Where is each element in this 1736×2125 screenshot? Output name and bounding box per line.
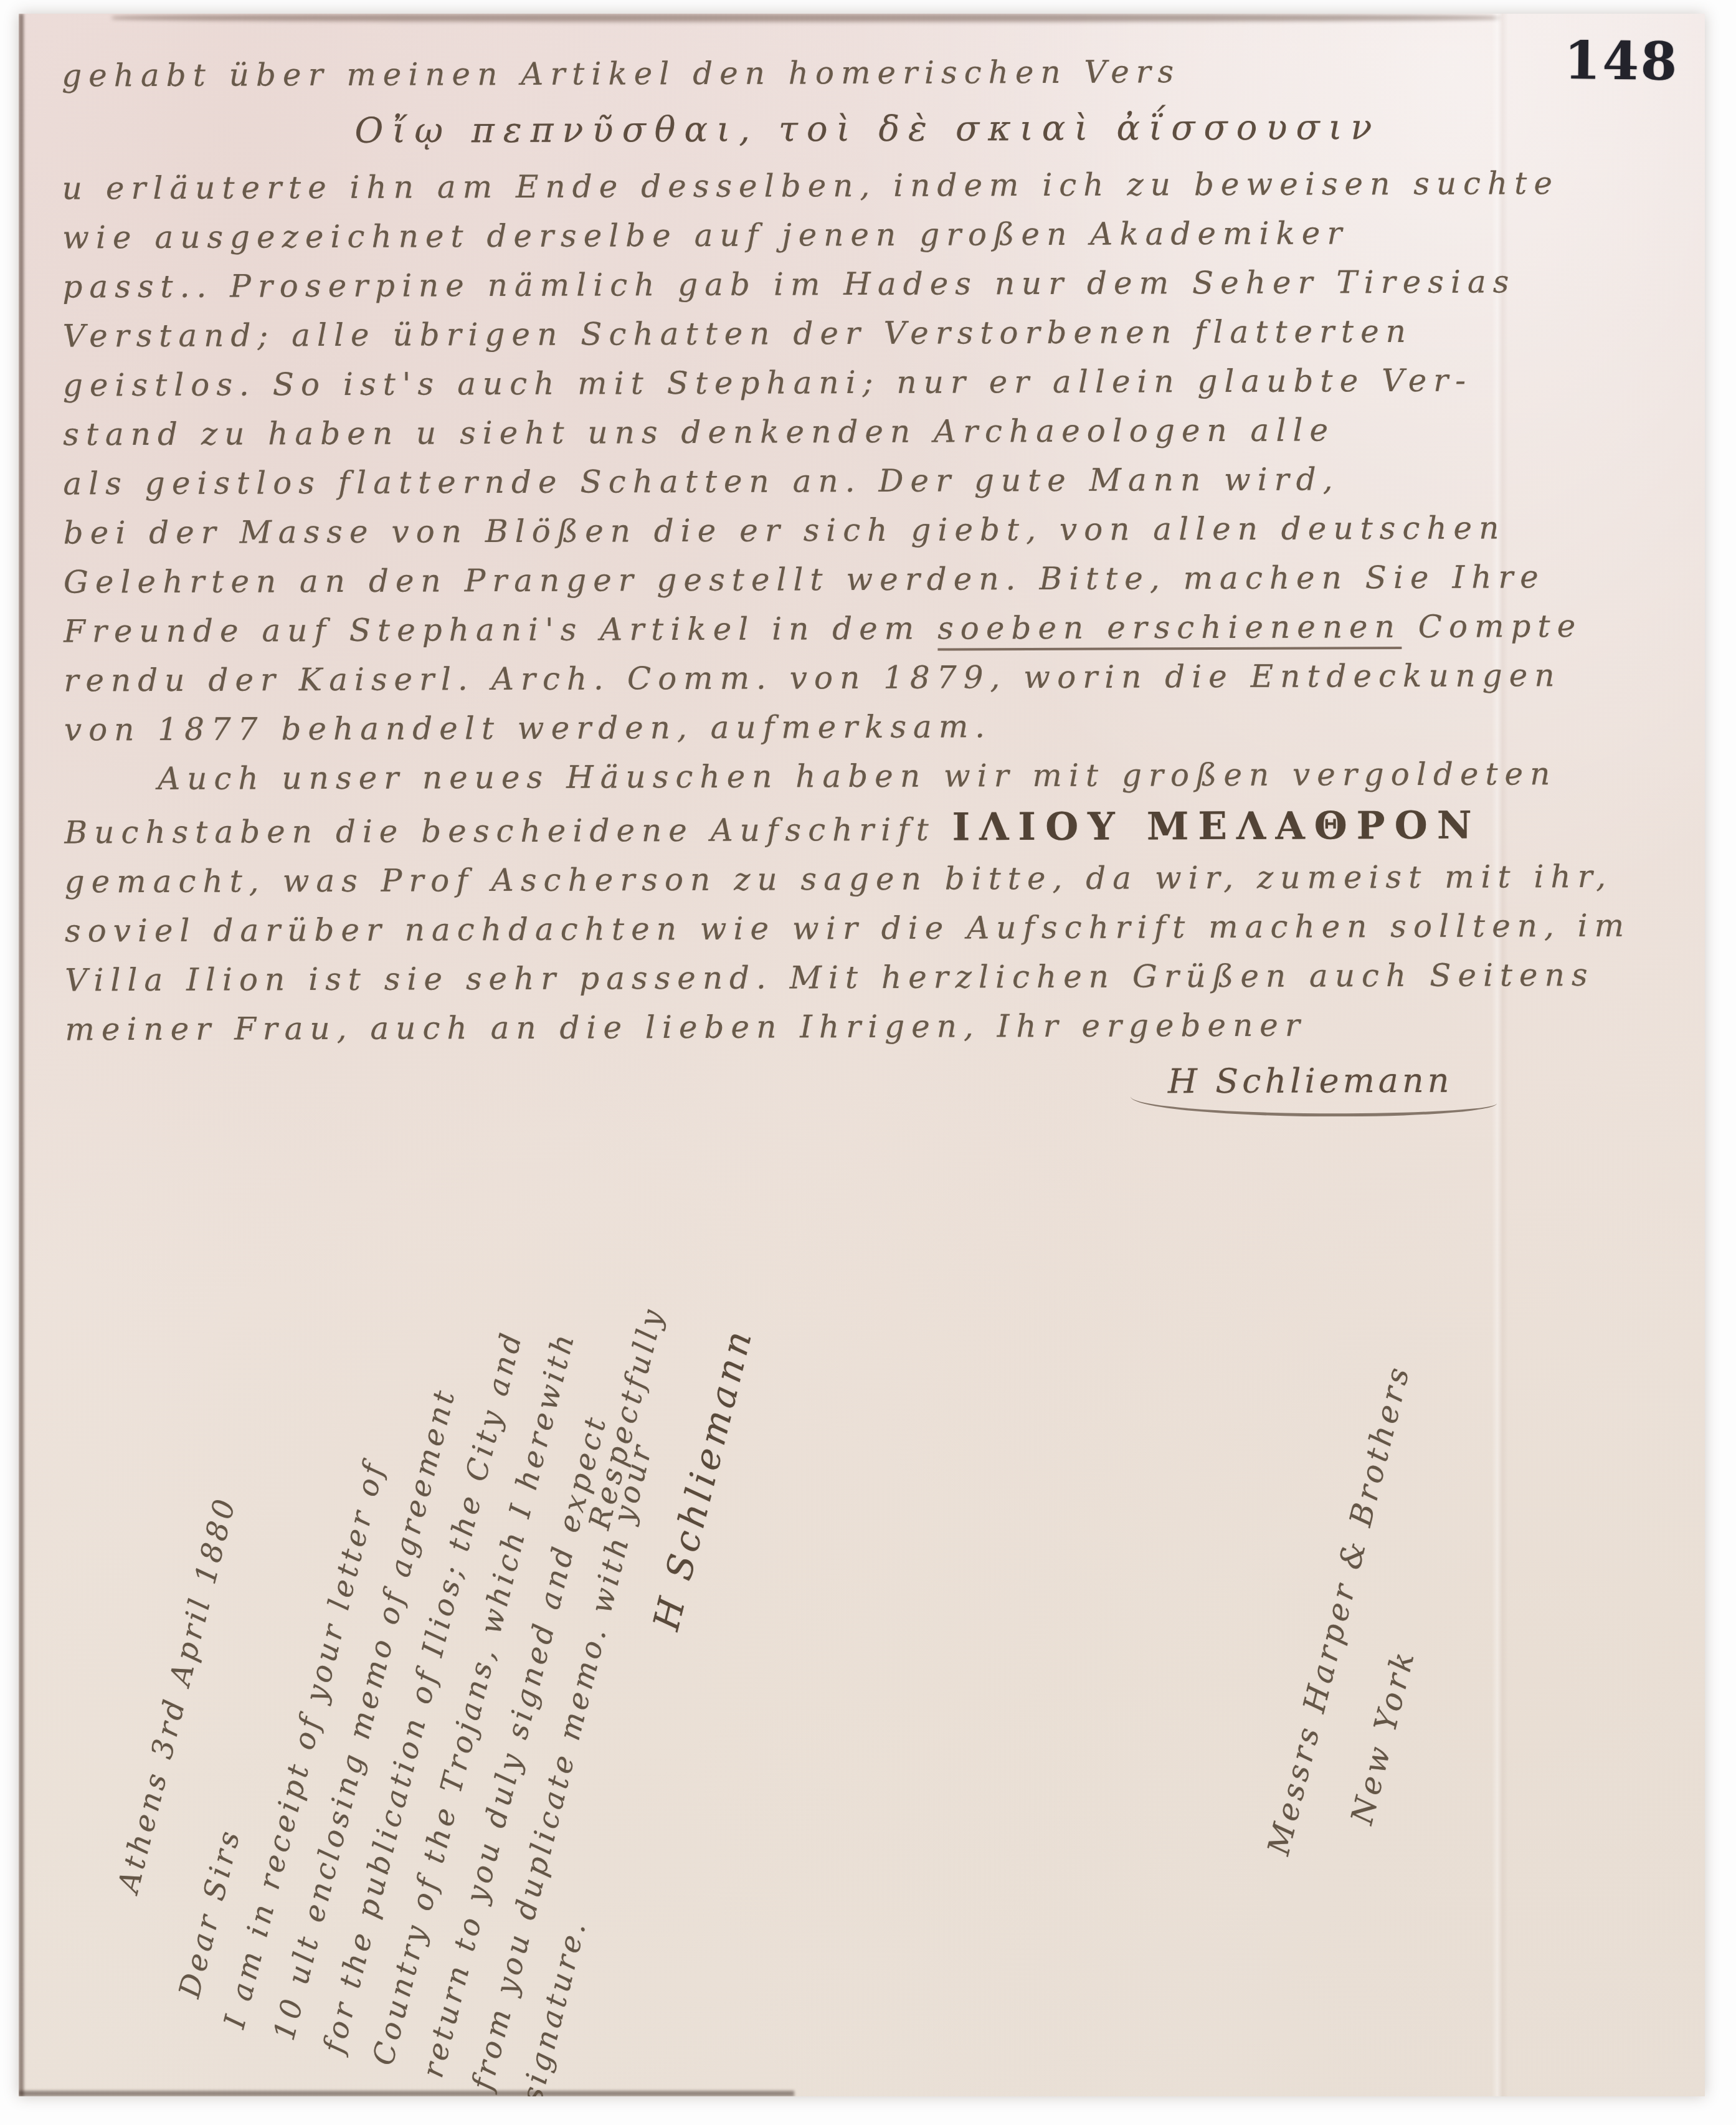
- greek-verse-line: Οἴῳ πεπνῦσθαι, τοὶ δὲ σκιαὶ ἀΐσσουσιν: [62, 95, 1656, 164]
- iliou-melathron-inscription: ΙΛΙΟΥ ΜΕΛΑΘΡΟΝ: [952, 804, 1481, 850]
- line-text: Freunde auf Stephani's Artikel in dem: [64, 611, 937, 650]
- paper-left-edge: [19, 14, 24, 2096]
- manuscript-line: als geistlos flatternde Schatten an. Der…: [63, 454, 1658, 509]
- recipient-address: Messrs Harper & Brothers New York: [1243, 1356, 1507, 1881]
- manuscript-line-with-underline: Freunde auf Stephani's Artikel in dem so…: [64, 602, 1658, 657]
- manuscript-line: rendu der Kaiserl. Arch. Comm. von 1879,…: [64, 651, 1658, 706]
- scanned-page: 148 gehabt über meinen Artikel den homer…: [19, 14, 1705, 2096]
- line-text: Compte: [1402, 608, 1583, 645]
- manuscript-line: soviel darüber nachdachten wie wir die A…: [65, 901, 1659, 956]
- paper-bottom-edge-shadow: [19, 2091, 794, 2096]
- paper-top-edge-shadow: [112, 14, 1499, 22]
- line-text: Buchstaben die bescheidene Aufschrift: [64, 811, 952, 850]
- manuscript-line: gemacht, was Prof Ascherson zu sagen bit…: [65, 852, 1659, 907]
- manuscript-line: passt.. Proserpine nämlich gab im Hades …: [62, 257, 1657, 312]
- manuscript-line: gehabt über meinen Artikel den homerisch…: [62, 46, 1656, 101]
- german-letter: gehabt über meinen Artikel den homerisch…: [62, 46, 1660, 1111]
- manuscript-line: Villa Ilion ist sie sehr passend. Mit he…: [65, 951, 1659, 1005]
- scan-canvas: { "page": { "number": "148", "paper_colo…: [0, 0, 1736, 2125]
- manuscript-line: Verstand; alle übrigen Schatten der Vers…: [62, 307, 1657, 361]
- manuscript-line: geistlos. So ist's auch mit Stephani; nu…: [63, 356, 1658, 411]
- manuscript-line: wie ausgezeichnet derselbe auf jenen gro…: [62, 208, 1657, 263]
- schliemann-signature-german: H Schliemann: [1168, 1056, 1453, 1106]
- manuscript-line: Gelehrten an den Pranger gestellt werden…: [64, 553, 1658, 607]
- manuscript-line: stand zu haben u sieht uns denkenden Arc…: [63, 405, 1658, 460]
- underlined-phrase: soeben erschienenen: [937, 609, 1402, 651]
- manuscript-line: u erläuterte ihn am Ende desselben, inde…: [62, 159, 1657, 214]
- manuscript-line: von 1877 behandelt werden, aufmerksam.: [64, 700, 1659, 755]
- manuscript-line: bei der Masse von Blößen die er sich gie…: [64, 503, 1658, 558]
- manuscript-line: meiner Frau, auch an die lieben Ihrigen,…: [65, 1000, 1659, 1055]
- manuscript-line: Auch unser neues Häuschen haben wir mit …: [64, 749, 1659, 804]
- manuscript-line-with-inscription: Buchstaben die bescheidene Aufschrift ΙΛ…: [64, 799, 1659, 858]
